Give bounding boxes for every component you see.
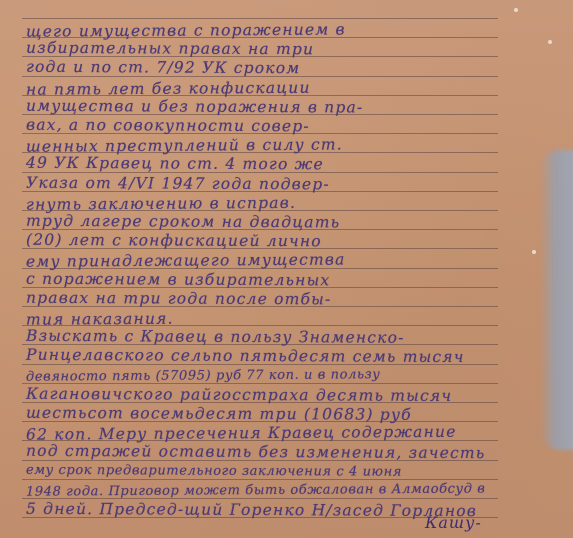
paper-blemish [532,250,536,254]
paper-blemish [548,40,552,44]
paper-blemish [514,8,518,12]
paper-stain [540,150,573,450]
signature: Кашу- [425,513,482,532]
